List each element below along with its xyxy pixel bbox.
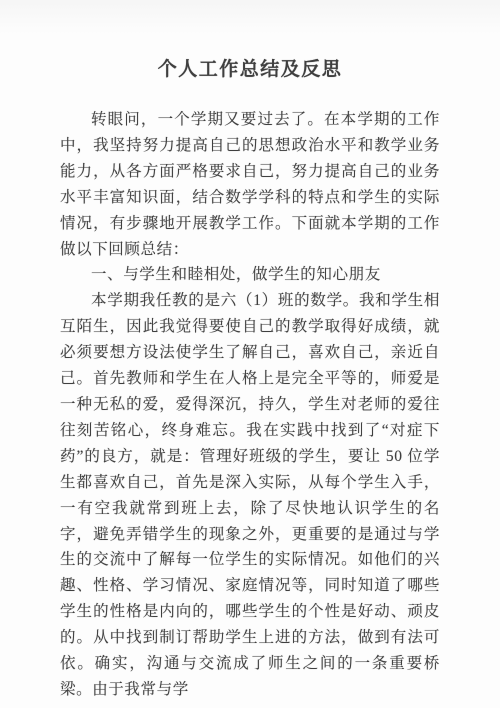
paragraph-section-1-body: 本学期我任教的是六（1）班的数学。我和学生相互陌生，因此我觉得要使自己的教学取得… [60,288,440,703]
paragraph-intro: 转眼问，一个学期又要过去了。在本学期的工作中，我坚持努力提高自己的思想政治水平和… [60,107,440,262]
document-page: 个人工作总结及反思 转眼问，一个学期又要过去了。在本学期的工作中，我坚持努力提高… [0,0,500,708]
document-title: 个人工作总结及反思 [0,0,500,81]
document-body: 转眼问，一个学期又要过去了。在本学期的工作中，我坚持努力提高自己的思想政治水平和… [60,107,440,703]
section-heading-1: 一、与学生和睦相处，做学生的知心朋友 [60,262,440,288]
